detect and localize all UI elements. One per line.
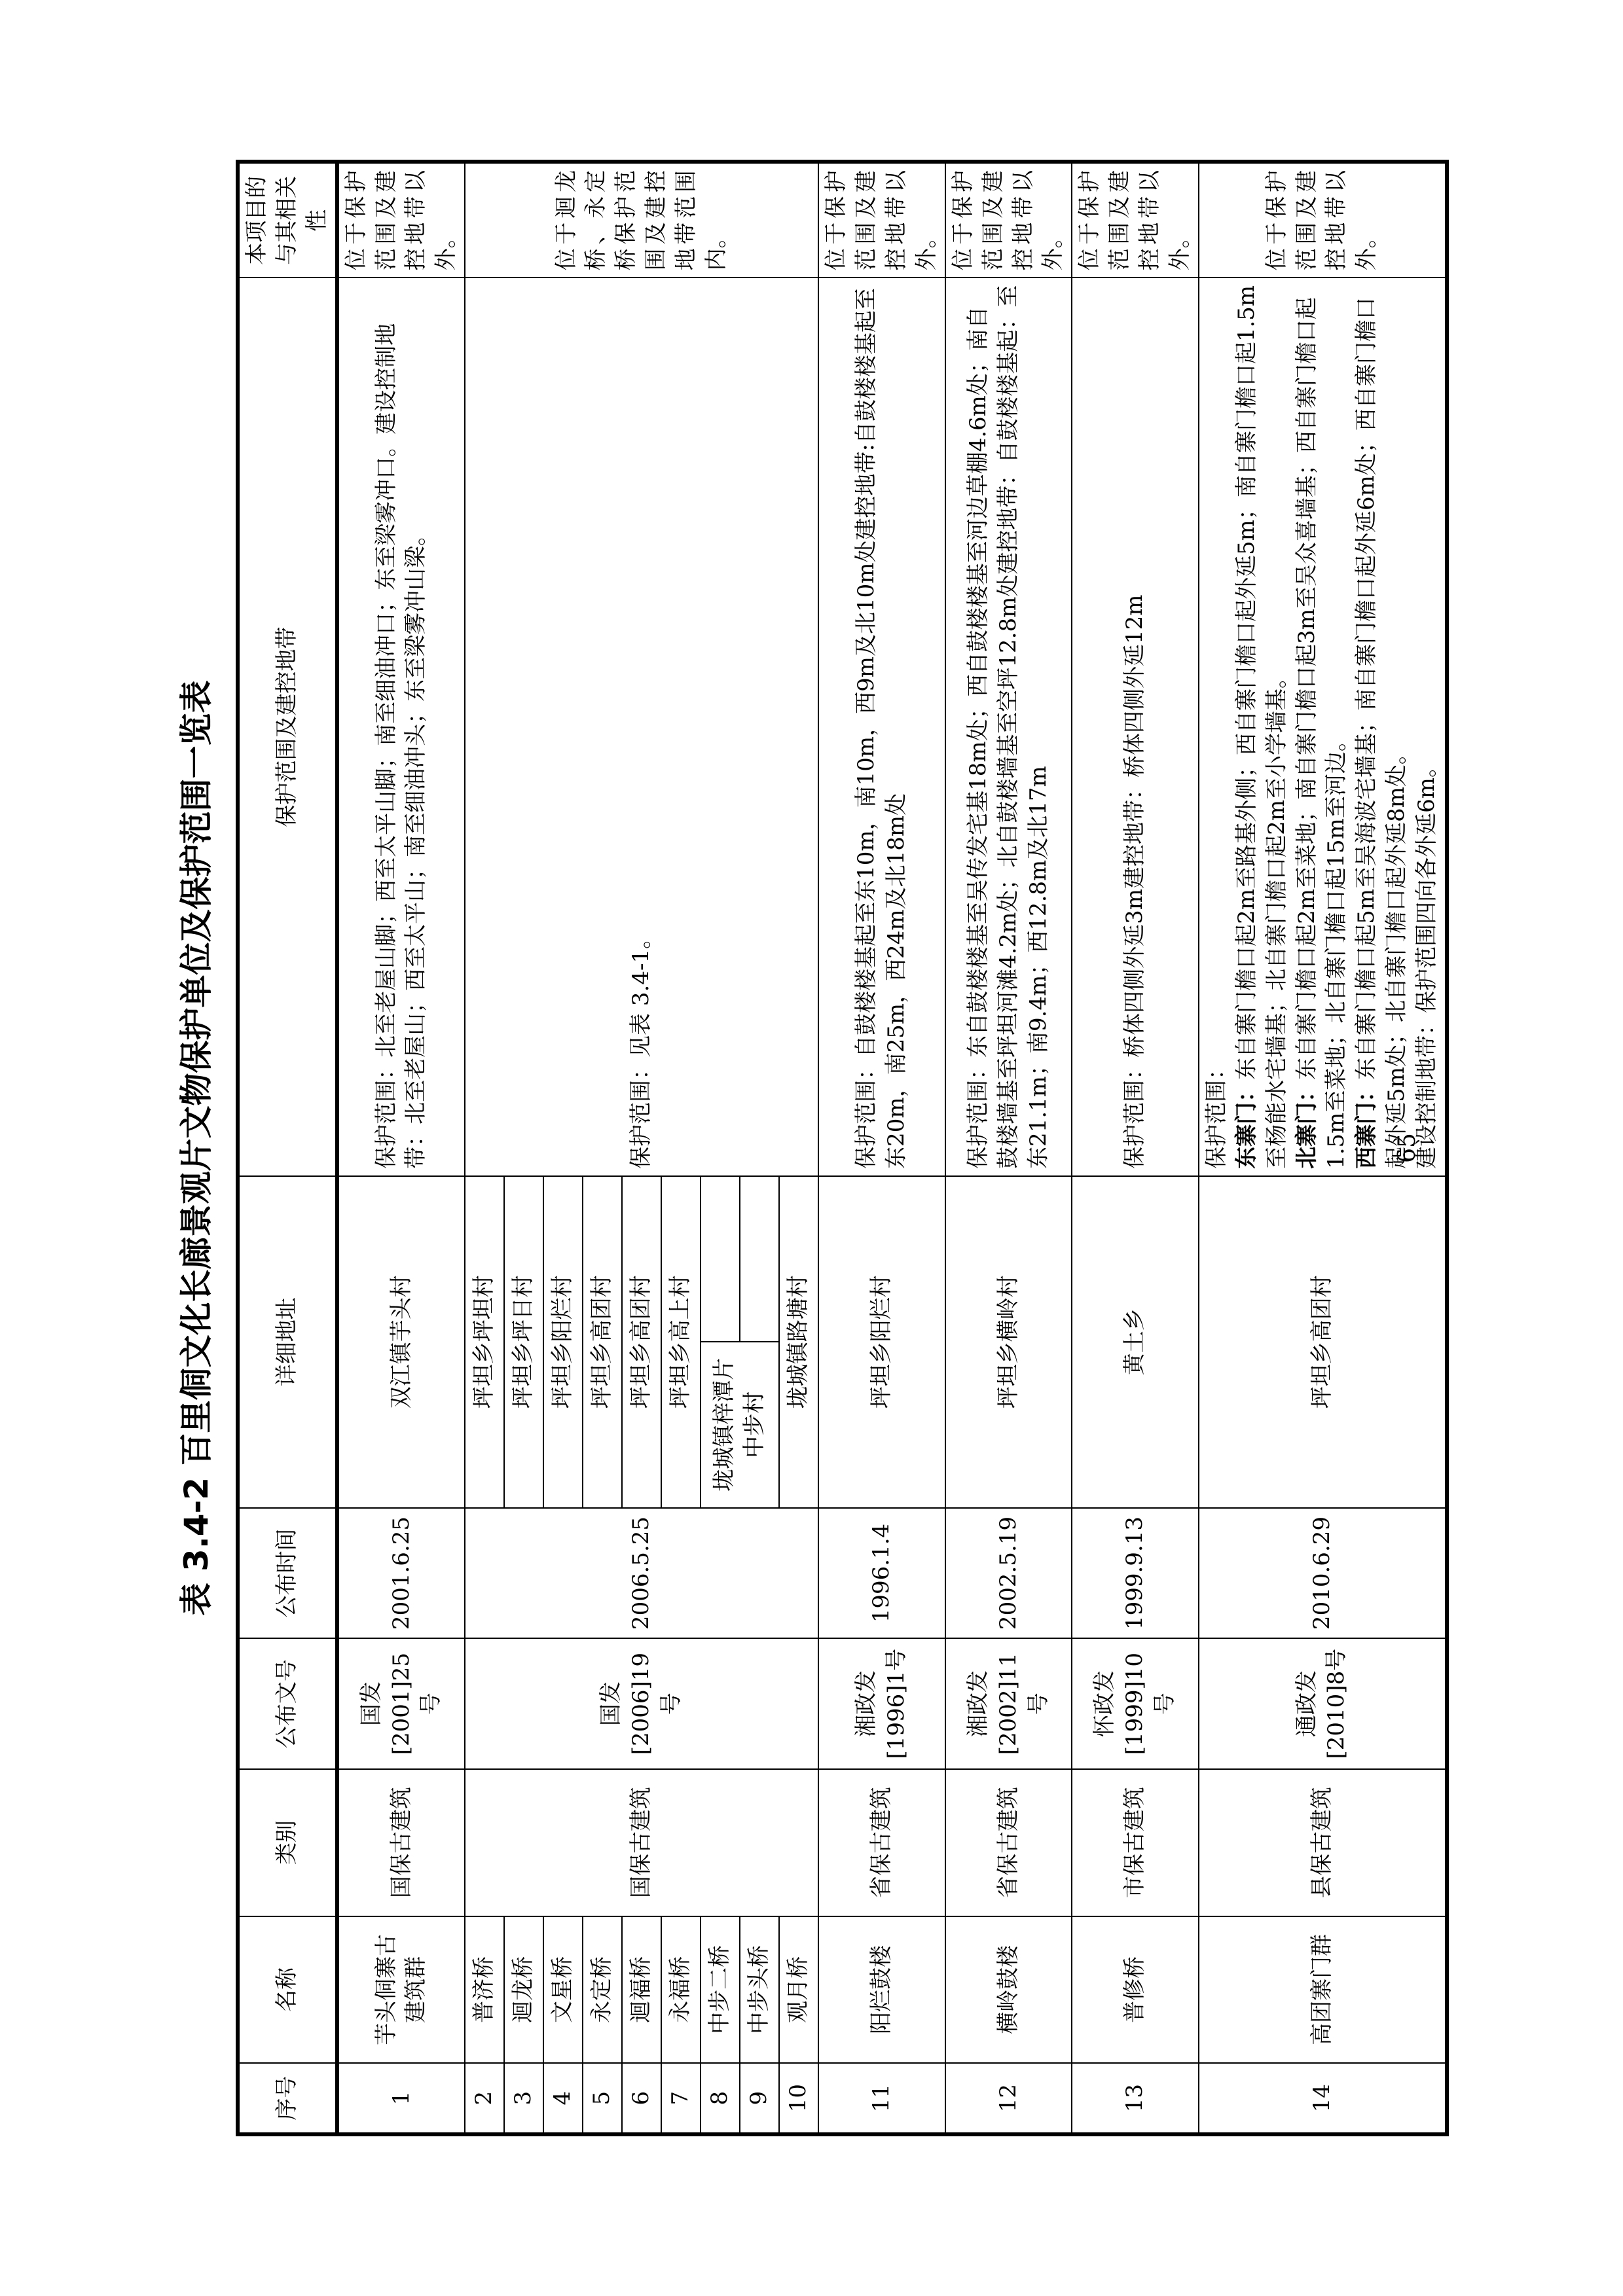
cell-date: 1996.1.4	[818, 1508, 945, 1639]
cell-name: 永定桥	[583, 1916, 622, 2064]
cell-relevance: 位于保护范围及建控地带以外。	[1072, 162, 1199, 278]
header-doc: 公布文号	[238, 1638, 337, 1768]
cell-name: 迴福桥	[622, 1916, 661, 2064]
cell-address: 黄土乡	[1072, 1176, 1199, 1508]
cell-name: 观月桥	[779, 1916, 818, 2064]
cell-no: 5	[583, 2063, 622, 2134]
cell-no: 6	[622, 2063, 661, 2134]
gate-north: 北寨门：东自寨门檐口起2m至菜地；南自寨门檐口起3m至吴众喜墙基；西自寨门檐口起…	[1292, 285, 1352, 1169]
cell-name: 中步二桥	[701, 1916, 740, 2064]
cell-address: 双江镇芋头村	[337, 1176, 465, 1508]
table-row: 1 芋头侗寨古建筑群 国保古建筑 国发[2001]25号 2001.6.25 双…	[337, 162, 465, 2134]
cell-doc: 湘政发[2002]11号	[945, 1638, 1072, 1768]
header-range: 保护范围及建控地带	[238, 278, 337, 1176]
cell-address: 坪坦乡横岭村	[945, 1176, 1072, 1508]
gate-text: 东自寨门檐口起2m至菜地；南自寨门檐口起3m至吴众喜墙基；西自寨门檐口起1.5m…	[1293, 297, 1349, 1169]
document-page: 表 3.4-2 百里侗文化长廊景观片文物保护单位及保护范围一览表 序号 名称 类…	[157, 101, 1467, 2195]
cell-doc: 怀政发[1999]10号	[1072, 1638, 1199, 1768]
cell-name: 阳烂鼓楼	[818, 1916, 945, 2064]
cell-no: 12	[945, 2063, 1072, 2134]
cell-date: 1999.9.13	[1072, 1508, 1199, 1639]
cell-doc: 国发[2001]25号	[337, 1638, 465, 1768]
range-intro: 保护范围：	[1201, 285, 1231, 1169]
cell-range: 保护范围：北至老屋山脚；西至太平山脚；南至细油冲口；东至梁雾冲口。建设控制地带：…	[337, 278, 465, 1176]
cell-name: 芋头侗寨古建筑群	[337, 1916, 465, 2064]
header-address: 详细地址	[238, 1176, 337, 1508]
cell-name: 中步头桥	[740, 1916, 779, 2064]
header-date: 公布时间	[238, 1508, 337, 1639]
cell-relevance: 位于迴龙桥、永定桥保护范围及建控地带范围内。	[465, 162, 818, 278]
heritage-protection-table: 序号 名称 类别 公布文号 公布时间 详细地址 保护范围及建控地带 本项目的与其…	[236, 160, 1449, 2136]
cell-address: 坪坦乡高团村	[583, 1176, 622, 1508]
cell-type: 省保古建筑	[818, 1769, 945, 1916]
cell-type: 省保古建筑	[945, 1769, 1072, 1916]
cell-no: 11	[818, 2063, 945, 2134]
cell-name: 永福桥	[661, 1916, 701, 2064]
cell-no: 8	[701, 2063, 740, 2134]
cell-address: 坪坦乡坪日村	[504, 1176, 543, 1508]
gate-label: 西寨门：	[1353, 1080, 1379, 1169]
cell-date: 2006.5.25	[465, 1508, 818, 1639]
table-row: 13 普修桥 市保古建筑 怀政发[1999]10号 1999.9.13 黄土乡 …	[1072, 162, 1199, 2134]
gate-text: 东自寨门檐口起2m至路基外侧；西自寨门檐口起外延5m；南自寨门檐口起1.5m至杨…	[1233, 285, 1289, 1169]
cell-name: 普修桥	[1072, 1916, 1199, 2064]
cell-type: 国保古建筑	[337, 1769, 465, 1916]
cell-no: 13	[1072, 2063, 1199, 2134]
cell-relevance: 位于保护范围及建控地带以外。	[818, 162, 945, 278]
cell-date: 2002.5.19	[945, 1508, 1072, 1639]
gate-label: 北寨门：	[1293, 1080, 1319, 1169]
page-number: 65	[1394, 101, 1421, 2195]
cell-address: 坪坦乡高团村	[622, 1176, 661, 1508]
cell-address: 坪坦乡坪坦村	[465, 1176, 504, 1508]
cell-type: 国保古建筑	[465, 1769, 818, 1916]
cell-no: 3	[504, 2063, 543, 2134]
cell-name: 横岭鼓楼	[945, 1916, 1072, 2064]
cell-no: 2	[465, 2063, 504, 2134]
table-row: 11 阳烂鼓楼 省保古建筑 湘政发[1996]1号 1996.1.4 坪坦乡阳烂…	[818, 162, 945, 2134]
cell-name: 文星桥	[543, 1916, 583, 2064]
cell-doc: 国发[2006]19号	[465, 1638, 818, 1768]
table-header-row: 序号 名称 类别 公布文号 公布时间 详细地址 保护范围及建控地带 本项目的与其…	[238, 162, 337, 2134]
gate-label: 东寨门：	[1233, 1080, 1259, 1169]
cell-name: 迴龙桥	[504, 1916, 543, 2064]
cell-type: 市保古建筑	[1072, 1769, 1199, 1916]
cell-address-blank	[740, 1176, 779, 1342]
cell-doc: 湘政发[1996]1号	[818, 1638, 945, 1768]
header-name: 名称	[238, 1916, 337, 2064]
cell-address: 坪坦乡阳烂村	[543, 1176, 583, 1508]
cell-address-blank	[701, 1176, 740, 1342]
gate-east: 东寨门：东自寨门檐口起2m至路基外侧；西自寨门檐口起外延5m；南自寨门檐口起1.…	[1231, 285, 1292, 1169]
cell-address: 垅城镇路塘村	[779, 1176, 818, 1508]
cell-address: 坪坦乡阳烂村	[818, 1176, 945, 1508]
header-no: 序号	[238, 2063, 337, 2134]
cell-address: 垅城镇梓潭片中步村	[701, 1342, 779, 1508]
cell-no: 9	[740, 2063, 779, 2134]
table-row: 2 普济桥 国保古建筑 国发[2006]19号 2006.5.25 坪坦乡坪坦村…	[465, 162, 504, 2134]
cell-name: 普济桥	[465, 1916, 504, 2064]
cell-address: 坪坦乡高上村	[661, 1176, 701, 1508]
table-row: 12 横岭鼓楼 省保古建筑 湘政发[2002]11号 2002.5.19 坪坦乡…	[945, 162, 1072, 2134]
cell-relevance: 位于保护范围及建控地带以外。	[945, 162, 1072, 278]
cell-range: 保护范围：东自鼓楼楼基至吴传发宅基18m处；西自鼓楼楼基至河边草棚4.6m处；南…	[945, 278, 1072, 1176]
cell-no: 1	[337, 2063, 465, 2134]
cell-range: 保护范围：桥体四侧外延3m建控地带：桥体四侧外延12m	[1072, 278, 1199, 1176]
cell-relevance: 位于保护范围及建控地带以外。	[337, 162, 465, 278]
cell-no: 4	[543, 2063, 583, 2134]
header-type: 类别	[238, 1769, 337, 1916]
table-title: 表 3.4-2 百里侗文化长廊景观片文物保护单位及保护范围一览表	[170, 101, 217, 2195]
cell-range: 保护范围：自鼓楼楼基起至东10m，南10m，西9m及北10m处建控地带:自鼓楼楼…	[818, 278, 945, 1176]
cell-range: 保护范围：见表 3.4-1。	[465, 278, 818, 1176]
header-relevance: 本项目的与其相关性	[238, 162, 337, 278]
cell-no: 7	[661, 2063, 701, 2134]
cell-no: 10	[779, 2063, 818, 2134]
cell-date: 2001.6.25	[337, 1508, 465, 1639]
